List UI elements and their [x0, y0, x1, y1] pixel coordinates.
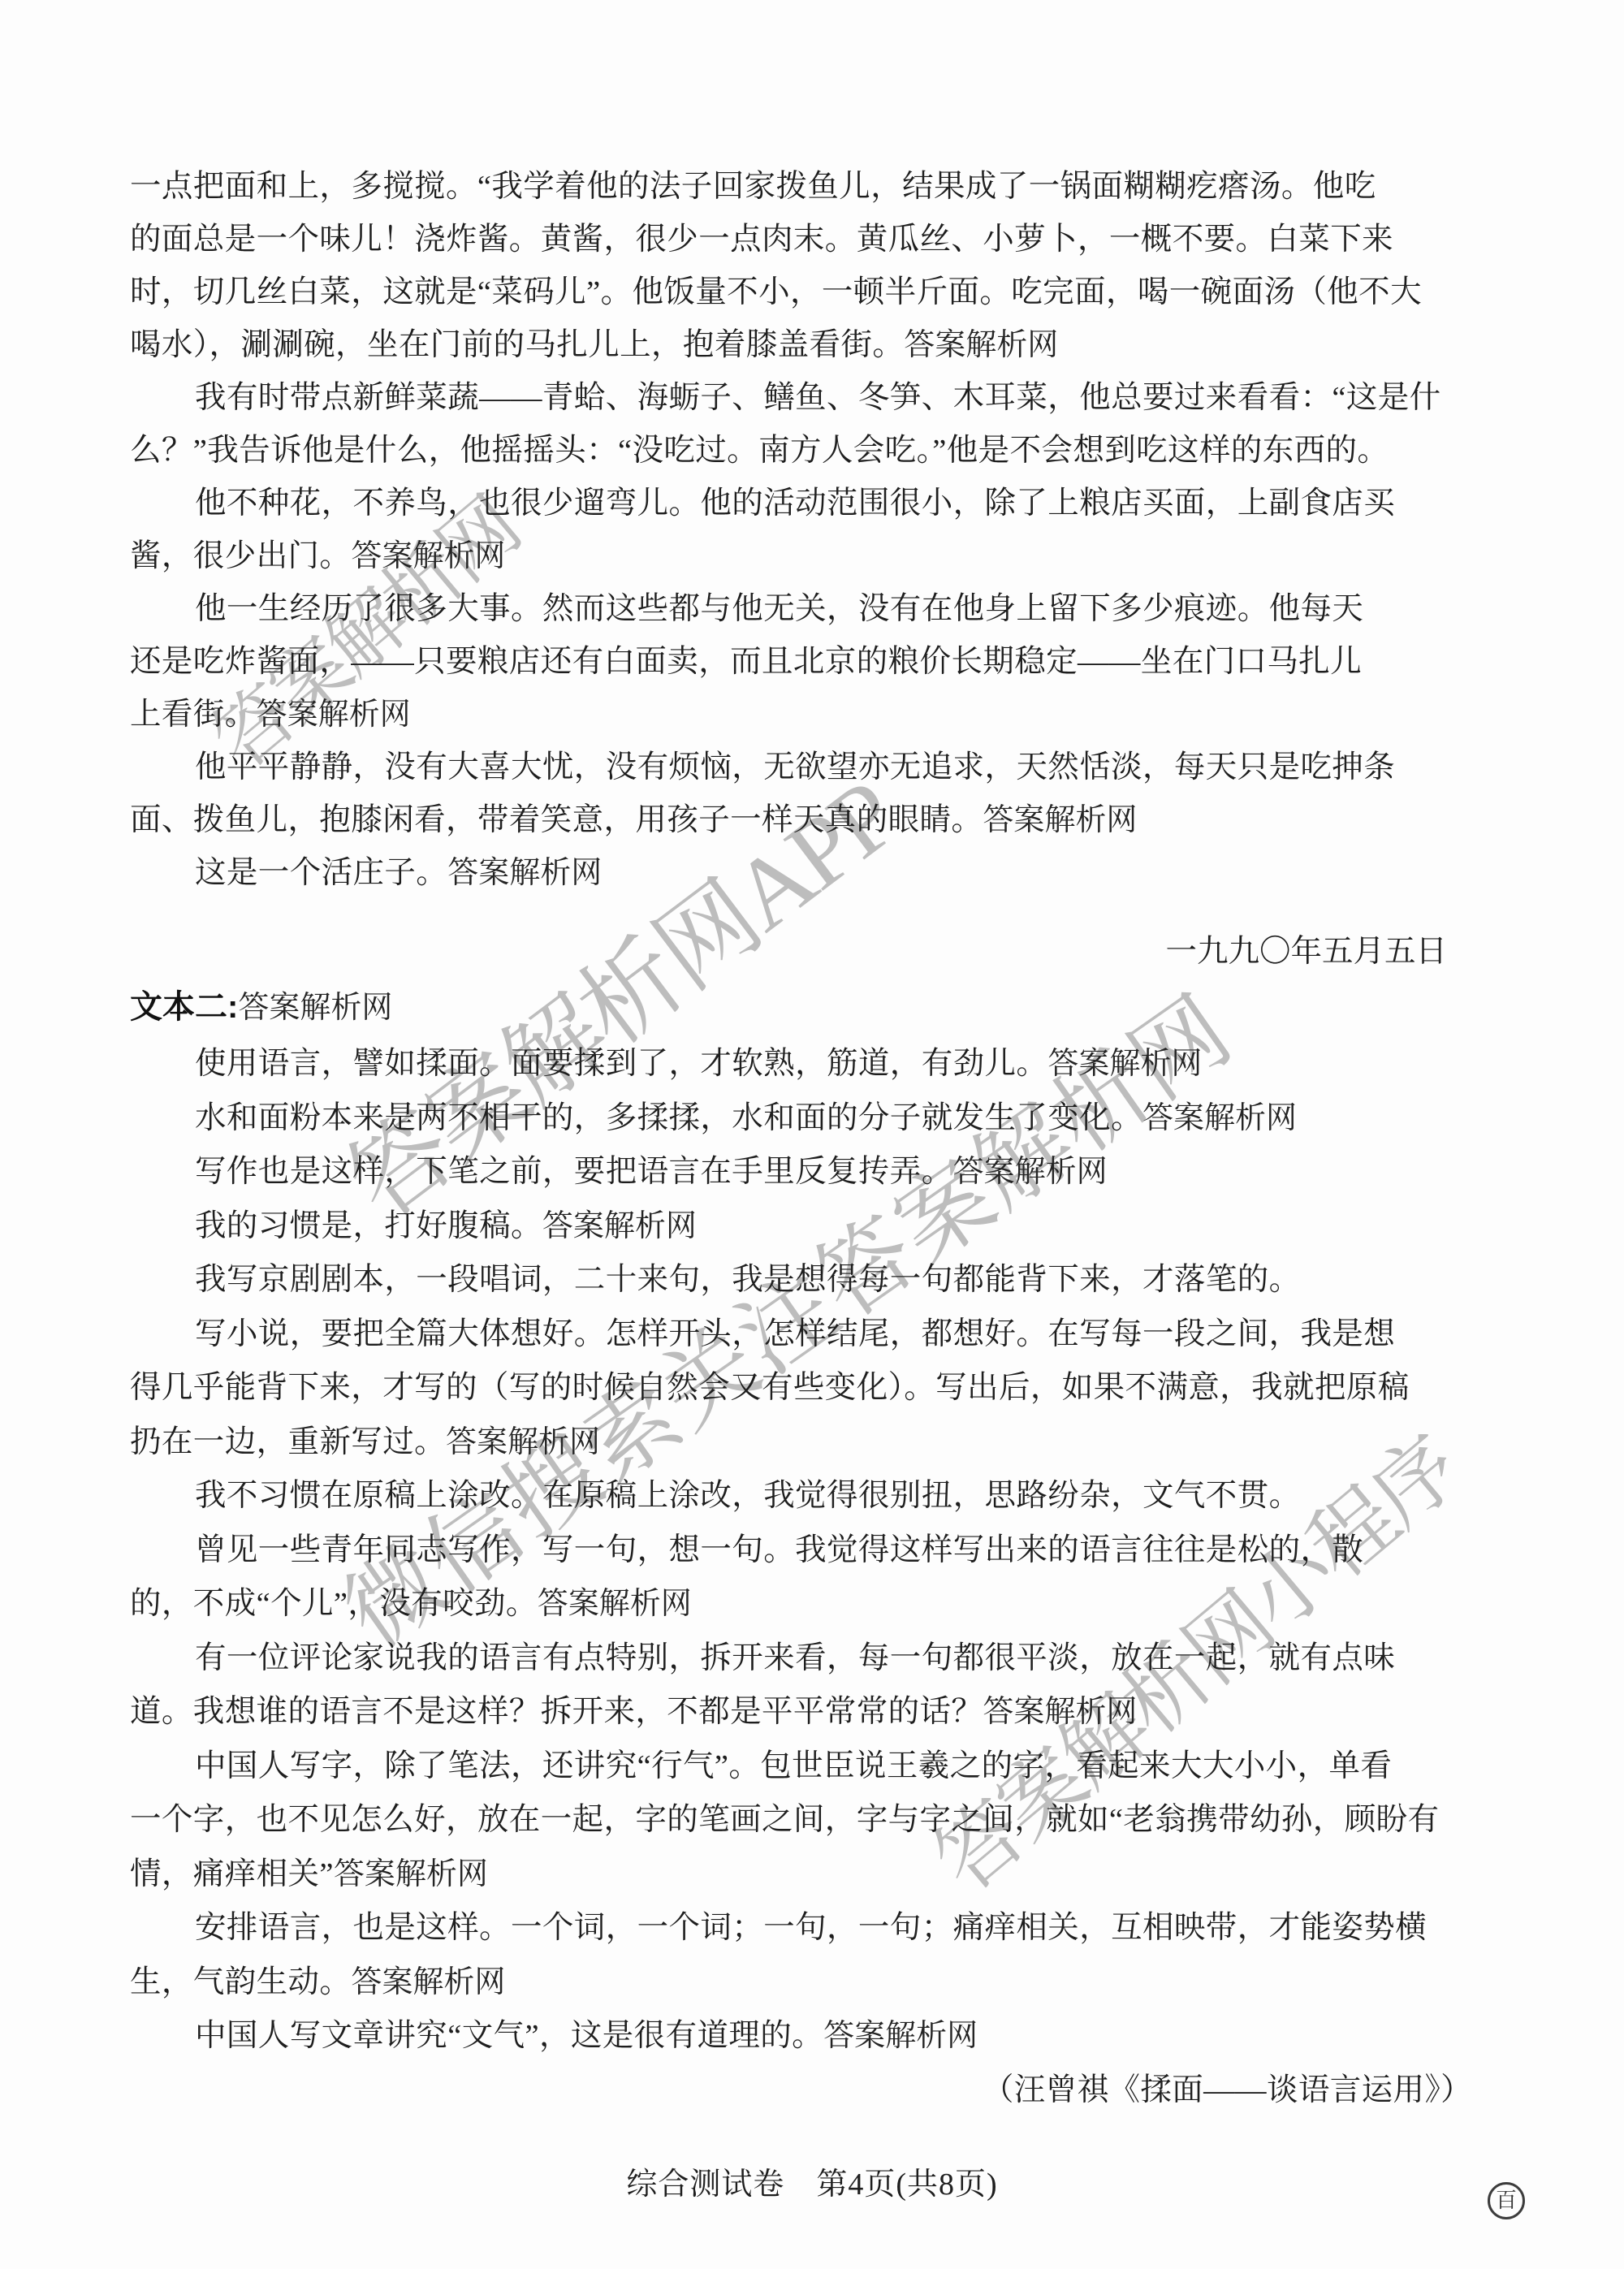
site-tag-text: 答案解析网 [334, 1857, 488, 1891]
text-line-content: 一点把面和上，多搅搅。“我学着他的法子回家拨鱼儿，结果成了一锅面糊糊疙瘩汤。他吃 [130, 170, 1376, 204]
text-line-content: 的，不成“个儿”，没有咬劲。 [130, 1587, 538, 1621]
site-tag-text: 答案解析网 [983, 803, 1137, 837]
text-line-content: 喝水），涮涮碗，坐在门前的马扎儿上，抱着膝盖看街。 [130, 328, 904, 362]
text-line: 我的习惯是，打好腹稿。答案解析网 [130, 1199, 1494, 1254]
text-line-content: 得几乎能背下来，才写的（写的时候自然会又有些变化）。写出后，如果不满意，我就把原… [130, 1371, 1410, 1405]
text-line: 中国人写文章讲究“文气”，这是很有道理的。答案解析网 [130, 2009, 1494, 2064]
text-line-content: 曾见一些青年同志写作，写一句，想一句。我觉得这样写出来的语言往往是松的，散 [195, 1533, 1363, 1567]
exam-paper-page: 一点把面和上，多搅搅。“我学着他的法子回家拨鱼儿，结果成了一锅面糊糊疙瘩汤。他吃… [0, 0, 1624, 2269]
text-line-content: 他一生经历了很多大事。然而这些都与他无关，没有在他身上留下多少痕迹。他每天 [195, 592, 1363, 626]
text-line-content: 我不习惯在原稿上涂改。在原稿上涂改，我觉得很别扭，思路纷杂，文气不贯。 [195, 1479, 1301, 1513]
text-line: 他平平静静，没有大喜大忧，没有烦恼，无欲望亦无追求，天然恬淡，每天只是吃抻条 [130, 741, 1494, 794]
text-line: 扔在一边，重新写过。答案解析网 [130, 1415, 1494, 1470]
text-line: 他不种花，不养鸟，也很少遛弯儿。他的活动范围很小，除了上粮店买面，上副食店买 [130, 478, 1494, 530]
text-line-content: 他不种花，不养鸟，也很少遛弯儿。他的活动范围很小，除了上粮店买面，上副食店买 [195, 486, 1395, 521]
text-line: 喝水），涮涮碗，坐在门前的马扎儿上，抱着膝盖看街。答案解析网 [130, 319, 1494, 372]
text-line-content: 使用语言，譬如揉面。面要揉到了，才软熟，筋道，有劲儿。 [195, 1047, 1047, 1081]
text-line-content: 我写京剧剧本，一段唱词，二十来句，我是想得每一句都能背下来，才落笔的。 [195, 1263, 1301, 1297]
text-line: 曾见一些青年同志写作，写一句，想一句。我觉得这样写出来的语言往往是松的，散 [130, 1523, 1494, 1578]
text-line: 水和面粉本来是两不相干的，多揉揉，水和面的分子就发生了变化。答案解析网 [130, 1091, 1494, 1146]
text-line-content: 中国人写文章讲究“文气”，这是很有道理的。 [195, 2019, 823, 2053]
text-line-content: 上看街。 [130, 698, 257, 732]
text-line: （汪曾祺《揉面——谈语言运用》） [130, 2064, 1494, 2118]
text-line: 这是一个活庄子。答案解析网 [130, 847, 1494, 900]
text-line: 得几乎能背下来，才写的（写的时候自然会又有些变化）。写出后，如果不满意，我就把原… [130, 1361, 1494, 1415]
text-line-content: 中国人写字，除了笔法，还讲究“行气”。包世臣说王羲之的字，看起来大大小小，单看 [195, 1749, 1392, 1783]
text-line-content: 情，痛痒相关” [130, 1857, 334, 1891]
site-tag-text: 答案解析网 [351, 1965, 505, 1999]
text-line: 情，痛痒相关”答案解析网 [130, 1848, 1494, 1902]
text-line-content: 生，气韵生动。 [130, 1965, 351, 1999]
section-two-label: 文本二: [130, 989, 238, 1025]
site-tag-text: 答案解析网 [1142, 1101, 1297, 1135]
text-line-content: 我的习惯是，打好腹稿。 [195, 1209, 542, 1243]
text-line: 安排语言，也是这样。一个词，一个词；一句，一句；痛痒相关，互相映带，才能姿势横 [130, 1901, 1494, 1956]
text-line: 我写京剧剧本，一段唱词，二十来句，我是想得每一句都能背下来，才落笔的。 [130, 1253, 1494, 1307]
text-line-content: 有一位评论家说我的语言有点特别，拆开来看，每一句都很平淡，放在一起，就有点味 [195, 1641, 1395, 1675]
text-line: 我有时带点新鲜菜蔬——青蛤、海蛎子、鳝鱼、冬笋、木耳菜，他总要过来看看：“这是什 [130, 372, 1494, 425]
text-line-content: 我有时带点新鲜菜蔬——青蛤、海蛎子、鳝鱼、冬笋、木耳菜，他总要过来看看：“这是什 [195, 381, 1441, 415]
text-two-body: 使用语言，譬如揉面。面要揉到了，才软熟，筋道，有劲儿。答案解析网水和面粉本来是两… [130, 1037, 1494, 2117]
text-line-content: 水和面粉本来是两不相干的，多揉揉，水和面的分子就发生了变化。 [195, 1101, 1142, 1135]
text-line: 么？”我告诉他是什么，他摇摇头：“没吃过。南方人会吃。”他是不会想到吃这样的东西… [130, 425, 1494, 478]
text-line: 中国人写字，除了笔法，还讲究“行气”。包世臣说王羲之的字，看起来大大小小，单看 [130, 1740, 1494, 1794]
text-line: 他一生经历了很多大事。然而这些都与他无关，没有在他身上留下多少痕迹。他每天 [130, 583, 1494, 636]
text-line-content: 这是一个活庄子。 [195, 856, 447, 890]
text-line: 一个字，也不见怎么好，放在一起，字的笔画之间，字与字之间，就如“老翁携带幼孙，顾… [130, 1793, 1494, 1848]
site-tag-text: 答案解析网 [983, 1695, 1137, 1729]
site-tag-text: 答案解析网 [238, 991, 392, 1025]
text-line-content: （汪曾祺《揉面——谈语言运用》） [983, 2073, 1472, 2107]
text-line: 上看街。答案解析网 [130, 689, 1494, 741]
text-line: 使用语言，譬如揉面。面要揉到了，才软熟，筋道，有劲儿。答案解析网 [130, 1037, 1494, 1091]
text-line: 有一位评论家说我的语言有点特别，拆开来看，每一句都很平淡，放在一起，就有点味 [130, 1632, 1494, 1686]
text-line-content: 一个字，也不见怎么好，放在一起，字的笔画之间，字与字之间，就如“老翁携带幼孙，顾… [130, 1803, 1439, 1837]
text-line: 酱，很少出门。答案解析网 [130, 530, 1494, 583]
text-line-content: 安排语言，也是这样。一个词，一个词；一句，一句；痛痒相关，互相映带，才能姿势横 [195, 1911, 1427, 1945]
text-line: 我不习惯在原稿上涂改。在原稿上涂改，我觉得很别扭，思路纷杂，文气不贯。 [130, 1469, 1494, 1523]
page-footer: 综合测试卷 第4页(共8页) [0, 2158, 1624, 2211]
text-line: 还是吃炸酱面，——只要粮店还有白面卖，而且北京的粮价长期稳定——坐在门口马扎儿 [130, 636, 1494, 689]
text-line: 的面总是一个味儿！浇炸酱。黄酱，很少一点肉末。黄瓜丝、小萝卜，一概不要。白菜下来 [130, 214, 1494, 266]
text-line: 生，气韵生动。答案解析网 [130, 1956, 1494, 2010]
text-line-content: 道。我想谁的语言不是这样？拆开来，不都是平平常常的话？ [130, 1695, 983, 1729]
text-line: 面、拨鱼儿，抱膝闲看，带着笑意，用孩子一样天真的眼睛。答案解析网 [130, 794, 1494, 847]
text-line: 时，切几丝白菜，这就是“菜码儿”。他饭量不小，一顿半斤面。吃完面，喝一碗面汤（他… [130, 266, 1494, 319]
text-line: 的，不成“个儿”，没有咬劲。答案解析网 [130, 1577, 1494, 1632]
site-tag-text: 答案解析网 [542, 1209, 697, 1243]
site-tag-text: 答案解析网 [904, 328, 1058, 362]
site-tag-text: 答案解析网 [351, 539, 505, 573]
text-line-content: 还是吃炸酱面，——只要粮店还有白面卖，而且北京的粮价长期稳定——坐在门口马扎儿 [130, 645, 1362, 679]
site-tag-text: 答案解析网 [538, 1587, 692, 1621]
text-line-content: 写小说，要把全篇大体想好。怎样开头，怎样结尾，都想好。在写每一段之间，我是想 [195, 1317, 1395, 1351]
text-line-content: 写作也是这样，下笔之前，要把语言在手里反复抟弄。 [195, 1155, 953, 1189]
text-line: 写小说，要把全篇大体想好。怎样开头，怎样结尾，都想好。在写每一段之间，我是想 [130, 1307, 1494, 1362]
text-line-content: 酱，很少出门。 [130, 539, 351, 573]
text-line-content: 时，切几丝白菜，这就是“菜码儿”。他饭量不小，一顿半斤面。吃完面，喝一碗面汤（他… [130, 275, 1422, 309]
site-tag-text: 答案解析网 [446, 1425, 600, 1459]
text-line-content: 面、拨鱼儿，抱膝闲看，带着笑意，用孩子一样天真的眼睛。 [130, 803, 983, 837]
text-line-content: 么？”我告诉他是什么，他摇摇头：“没吃过。南方人会吃。”他是不会想到吃这样的东西… [130, 434, 1389, 468]
text-line-content: 的面总是一个味儿！浇炸酱。黄酱，很少一点肉末。黄瓜丝、小萝卜，一概不要。白菜下来 [130, 223, 1393, 257]
text-one-body: 一点把面和上，多搅搅。“我学着他的法子回家拨鱼儿，结果成了一锅面糊糊疙瘩汤。他吃… [130, 161, 1494, 900]
text-line-content: 扔在一边，重新写过。 [130, 1425, 446, 1459]
site-tag-text: 答案解析网 [953, 1155, 1108, 1189]
text-line-content: 他平平静静，没有大喜大忧，没有烦恼，无欲望亦无追求，天然恬淡，每天只是吃抻条 [195, 750, 1395, 784]
text-line: 一点把面和上，多搅搅。“我学着他的法子回家拨鱼儿，结果成了一锅面糊糊疙瘩汤。他吃 [130, 161, 1494, 214]
site-tag-text: 答案解析网 [447, 856, 602, 890]
site-tag-text: 答案解析网 [257, 698, 411, 732]
text-line: 道。我想谁的语言不是这样？拆开来，不都是平平常常的话？答案解析网 [130, 1685, 1494, 1740]
corner-page-badge: 百 [1488, 2182, 1525, 2219]
text-one-date: 一九九〇年五月五日 [130, 926, 1494, 979]
section-two-heading: 文本二:答案解析网 [130, 980, 1494, 1034]
site-tag-text: 答案解析网 [823, 2019, 978, 2053]
text-line: 写作也是这样，下笔之前，要把语言在手里反复抟弄。答案解析网 [130, 1145, 1494, 1199]
site-tag-text: 答案解析网 [1047, 1047, 1202, 1081]
